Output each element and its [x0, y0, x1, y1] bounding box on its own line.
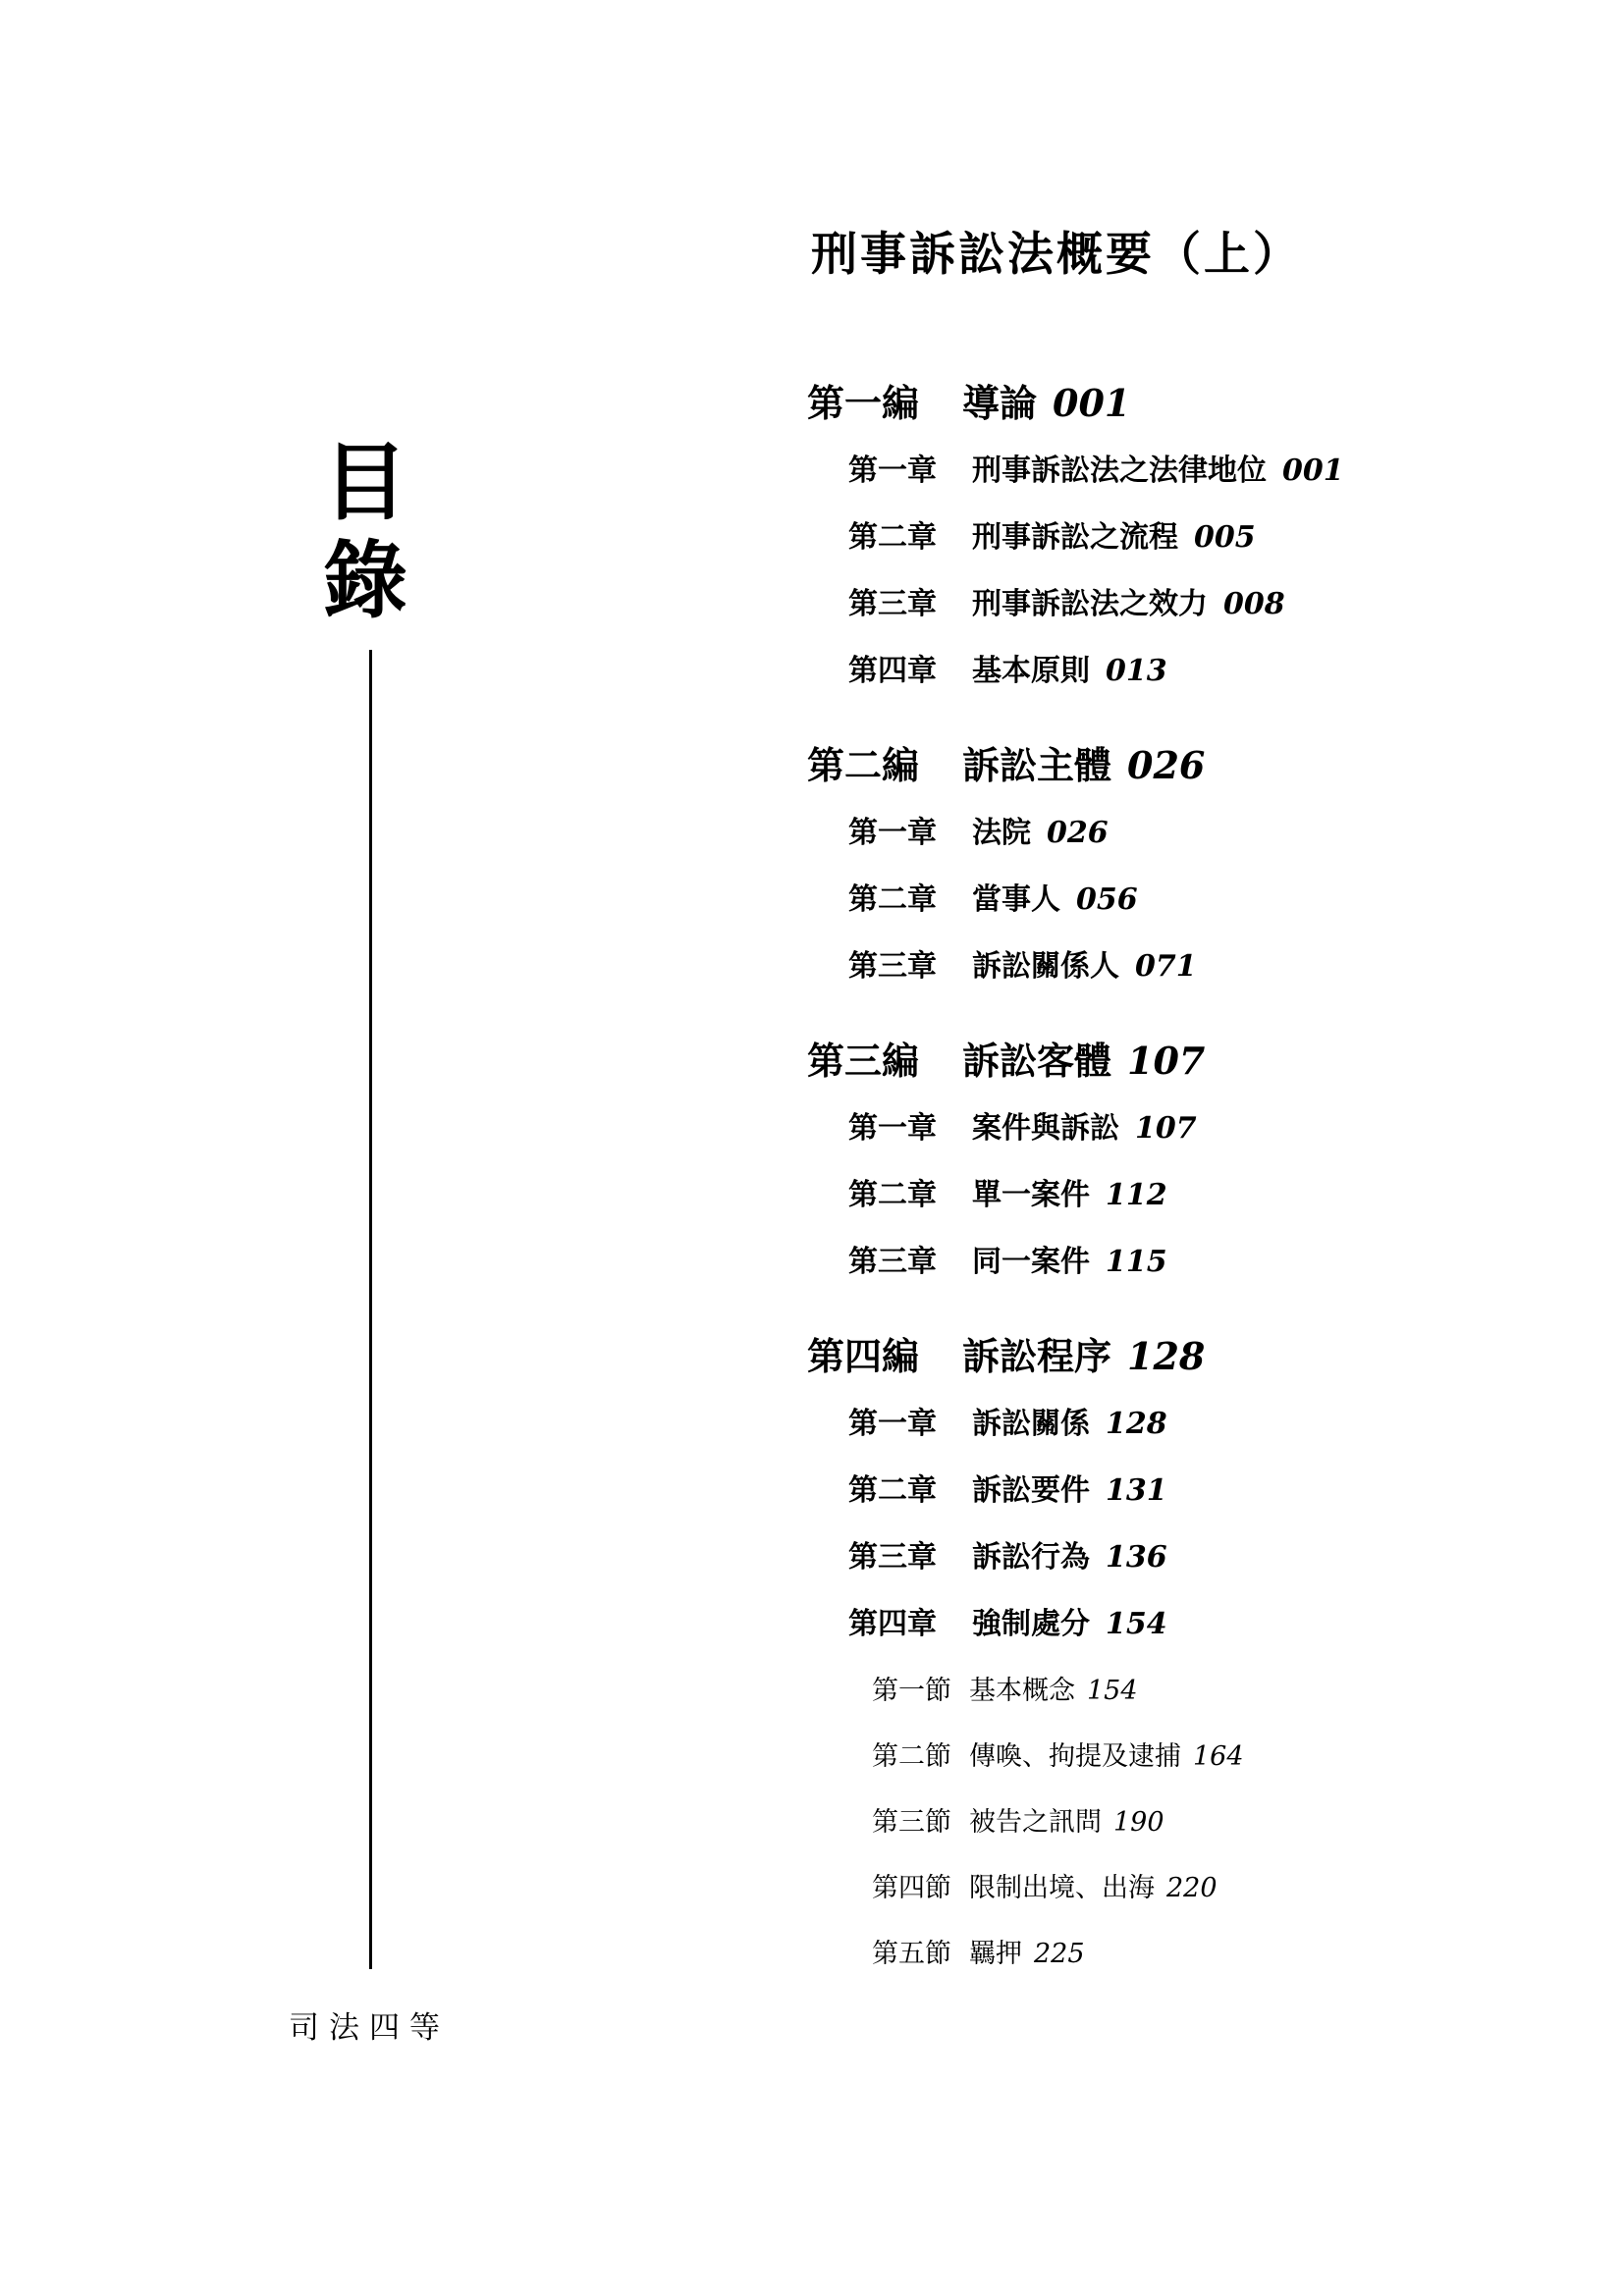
- entry-title: 訴訟行為: [972, 1524, 1090, 1591]
- entry-page-number: 154: [1106, 1591, 1167, 1658]
- footer-exam-label: 司法四等: [289, 2002, 450, 2047]
- toc-entry-chapter: 第二章單一案件112: [807, 1162, 1553, 1229]
- entry-title: 刑事訴訟法之法律地位: [972, 438, 1267, 505]
- entry-page-number: 128: [1106, 1391, 1167, 1458]
- entry-title: 當事人: [972, 867, 1060, 934]
- toc-entry-chapter: 第三章同一案件115: [807, 1229, 1553, 1296]
- entry-title: 訴訟關係: [972, 1391, 1090, 1458]
- entry-label: 第三節: [872, 1789, 951, 1855]
- entry-label: 第二章: [848, 867, 937, 934]
- toc-entry-part: 第二編訴訟主體026: [807, 731, 1553, 800]
- entry-page-number: 026: [1127, 731, 1205, 800]
- toc-entry-section: 第五節羈押225: [807, 1921, 1553, 1987]
- sidebar-toc-title: 目 錄: [322, 434, 408, 630]
- toc-entry-chapter: 第二章刑事訴訟之流程005: [807, 505, 1553, 571]
- entry-page-number: 056: [1076, 867, 1138, 934]
- entry-page-number: 112: [1106, 1162, 1167, 1229]
- entry-title: 法院: [972, 800, 1031, 867]
- entry-title: 訴訟關係人: [972, 934, 1119, 1000]
- entry-label: 第五節: [872, 1921, 951, 1987]
- entry-label: 第四節: [872, 1855, 951, 1921]
- entry-page-number: 107: [1135, 1095, 1197, 1162]
- entry-title: 刑事訴訟法之效力: [972, 571, 1208, 638]
- entry-page-number: 013: [1106, 638, 1167, 705]
- toc-list: 第一編導論001 第一章刑事訴訟法之法律地位001 第二章刑事訴訟之流程005 …: [807, 369, 1553, 1987]
- entry-label: 第一章: [848, 800, 937, 867]
- toc-entry-part: 第四編訴訟程序128: [807, 1322, 1553, 1391]
- entry-title: 訴訟客體: [962, 1027, 1111, 1095]
- toc-entry-section: 第三節被告之訊問190: [807, 1789, 1553, 1855]
- entry-label: 第三編: [807, 1027, 919, 1095]
- toc-entry-chapter: 第四章強制處分154: [807, 1591, 1553, 1658]
- entry-page-number: 225: [1034, 1921, 1085, 1987]
- entry-page-number: 001: [1053, 369, 1130, 438]
- entry-label: 第二編: [807, 731, 919, 800]
- toc-entry-chapter: 第二章當事人056: [807, 867, 1553, 934]
- entry-title: 刑事訴訟之流程: [972, 505, 1178, 571]
- entry-label: 第一章: [848, 438, 937, 505]
- entry-title: 導論: [962, 369, 1037, 438]
- entry-page-number: 107: [1127, 1027, 1205, 1095]
- toc-entry-chapter: 第三章訴訟行為136: [807, 1524, 1553, 1591]
- entry-label: 第二節: [872, 1724, 951, 1789]
- entry-label: 第二章: [848, 505, 937, 571]
- entry-title: 傳喚、拘提及逮捕: [969, 1724, 1181, 1789]
- entry-title: 被告之訊問: [969, 1789, 1102, 1855]
- entry-page-number: 115: [1106, 1229, 1167, 1296]
- toc-entry-section: 第一節基本概念154: [807, 1658, 1553, 1724]
- sidebar-toc-char-2: 錄: [322, 532, 408, 630]
- entry-page-number: 008: [1223, 571, 1285, 638]
- entry-title: 限制出境、出海: [969, 1855, 1155, 1921]
- entry-page-number: 128: [1127, 1322, 1205, 1391]
- entry-page-number: 005: [1194, 505, 1256, 571]
- entry-title: 案件與訴訟: [972, 1095, 1119, 1162]
- entry-page-number: 071: [1135, 934, 1197, 1000]
- entry-label: 第三章: [848, 1524, 937, 1591]
- entry-title: 訴訟主體: [962, 731, 1111, 800]
- entry-label: 第四章: [848, 638, 937, 705]
- toc-page: 目 錄 司法四等 刑事訴訟法概要（上） 第一編導論001 第一章刑事訴訟法之法律…: [0, 0, 1624, 2296]
- toc-entry-section: 第四節限制出境、出海220: [807, 1855, 1553, 1921]
- entry-page-number: 154: [1087, 1658, 1138, 1724]
- toc-entry-chapter: 第一章案件與訴訟107: [807, 1095, 1553, 1162]
- toc-entry-chapter: 第一章法院026: [807, 800, 1553, 867]
- entry-title: 基本概念: [969, 1658, 1075, 1724]
- entry-title: 單一案件: [972, 1162, 1090, 1229]
- entry-label: 第二章: [848, 1162, 937, 1229]
- entry-label: 第一編: [807, 369, 919, 438]
- entry-page-number: 026: [1047, 800, 1109, 867]
- entry-label: 第三章: [848, 1229, 937, 1296]
- toc-entry-chapter: 第一章訴訟關係128: [807, 1391, 1553, 1458]
- entry-page-number: 164: [1193, 1724, 1244, 1789]
- toc-entry-chapter: 第三章訴訟關係人071: [807, 934, 1553, 1000]
- toc-entry-chapter: 第一章刑事訴訟法之法律地位001: [807, 438, 1553, 505]
- toc-entry-part: 第一編導論001: [807, 369, 1553, 438]
- entry-label: 第二章: [848, 1458, 937, 1524]
- entry-title: 羈押: [969, 1921, 1022, 1987]
- entry-label: 第三章: [848, 571, 937, 638]
- toc-entry-chapter: 第二章訴訟要件131: [807, 1458, 1553, 1524]
- entry-label: 第三章: [848, 934, 937, 1000]
- toc-entry-part: 第三編訴訟客體107: [807, 1027, 1553, 1095]
- toc-entry-chapter: 第三章刑事訴訟法之效力008: [807, 571, 1553, 638]
- entry-page-number: 190: [1113, 1789, 1164, 1855]
- entry-label: 第四章: [848, 1591, 937, 1658]
- entry-page-number: 136: [1106, 1524, 1167, 1591]
- sidebar-vertical-rule: [369, 650, 372, 1969]
- entry-label: 第一節: [872, 1658, 951, 1724]
- sidebar-toc-char-1: 目: [322, 434, 408, 532]
- toc-entry-chapter: 第四章基本原則013: [807, 638, 1553, 705]
- entry-title: 同一案件: [972, 1229, 1090, 1296]
- entry-title: 基本原則: [972, 638, 1090, 705]
- page-title: 刑事訴訟法概要（上）: [811, 218, 1302, 284]
- toc-entry-section: 第二節傳喚、拘提及逮捕164: [807, 1724, 1553, 1789]
- entry-label: 第一章: [848, 1095, 937, 1162]
- entry-page-number: 131: [1106, 1458, 1167, 1524]
- entry-title: 強制處分: [972, 1591, 1090, 1658]
- entry-title: 訴訟程序: [962, 1322, 1111, 1391]
- entry-page-number: 001: [1282, 438, 1344, 505]
- entry-label: 第四編: [807, 1322, 919, 1391]
- entry-label: 第一章: [848, 1391, 937, 1458]
- entry-page-number: 220: [1166, 1855, 1218, 1921]
- entry-title: 訴訟要件: [972, 1458, 1090, 1524]
